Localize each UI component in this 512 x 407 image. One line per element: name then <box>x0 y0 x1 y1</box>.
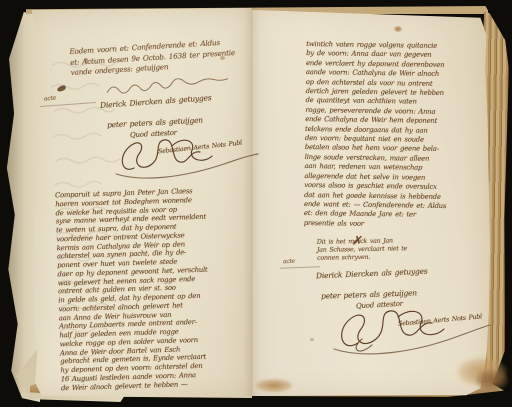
paper-stain <box>256 379 292 392</box>
manuscript-photo: Eodem voorn et: Confenderende et: Alduse… <box>0 0 512 407</box>
margin-note-acte: acte <box>44 94 56 102</box>
manuscript-line: connen schryven. <box>317 253 407 263</box>
notary-signature-flourish <box>328 305 493 357</box>
foxing-spot <box>394 26 402 32</box>
signature-cross-mark: ✗ <box>351 233 364 249</box>
foxing-spot <box>310 338 314 341</box>
margin-note-acte: acte <box>283 258 295 266</box>
paper-stain <box>476 370 508 390</box>
deposition-text-right: twintich vaten rogge volgens quitancieby… <box>304 40 449 230</box>
deposition-text-left: Comparuit ut supra Jan Peter Jan Claessh… <box>55 187 211 393</box>
manuscript-line: presentie als voor <box>304 219 446 230</box>
